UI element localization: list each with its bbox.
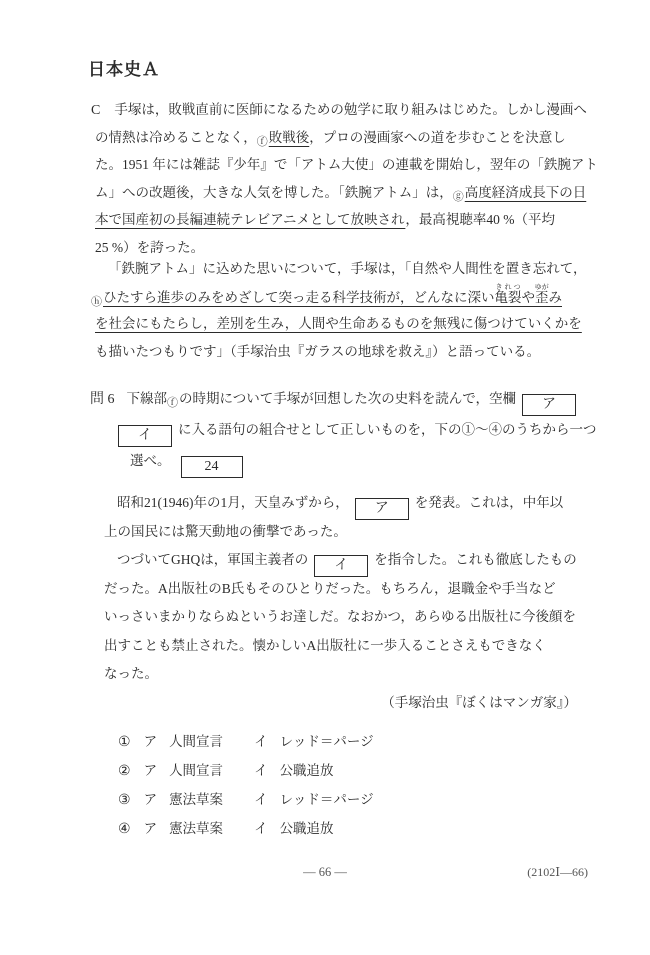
blank-box-i: イ xyxy=(118,425,172,447)
underline-g-text: 高度経済成長下の日 xyxy=(465,185,587,200)
page-title: 日本史Ａ xyxy=(88,55,160,80)
ruby-furigana: ゆが xyxy=(535,283,549,291)
circled-h-marker: ⓗ xyxy=(91,296,102,308)
choice-label-a: ア xyxy=(144,727,158,756)
source-quote: 昭和21(1946)年の1月，天皇みずから，アを発表。これは，中年以 上の国民に… xyxy=(104,489,562,717)
source-line: 上の国民には驚天動地の衝撃であった。 xyxy=(104,518,562,547)
text: や xyxy=(522,290,536,305)
text: いっさいまかりならぬというお達しだ。なおかつ，あらゆる出版社に今後顔を xyxy=(104,609,576,624)
source-line: だった。A出版社のB氏もそのひとりだった。もちろん，退職金や手当など xyxy=(104,575,562,604)
text: を指令した。これも徹底したもの xyxy=(374,552,577,567)
question-number: 問 6 xyxy=(90,384,115,415)
text: つづいてGHQは，軍国主義者の xyxy=(117,552,308,567)
text: も描いたつもりです」（手塚治虫『ガラスの地球を救え』）と語っている。 xyxy=(95,344,540,359)
choice-row: ③ア憲法草案イレッド＝パージ xyxy=(118,785,374,814)
choice-label-a: ア xyxy=(144,785,158,814)
blank-box-i: イ xyxy=(314,555,368,577)
choice-label-i: イ xyxy=(254,756,268,785)
choice-value-b: レッド＝パージ xyxy=(280,792,374,807)
circled-g-marker: ⓖ xyxy=(453,191,464,203)
footer-code: (2102Ⅰ—66) xyxy=(527,865,588,880)
choice-row: ①ア人間宣言イレッド＝パージ xyxy=(118,727,374,756)
ruby-yugami: 歪ゆが xyxy=(535,290,549,305)
choice-row: ④ア憲法草案イ公職追放 xyxy=(118,814,374,843)
ruby-kiretsu: 亀裂きれつ xyxy=(495,290,522,305)
text: 下線部 xyxy=(127,391,168,406)
choice-value-a: 憲法草案 xyxy=(169,785,254,814)
text: み xyxy=(549,290,563,305)
answer-choices: ①ア人間宣言イレッド＝パージ ②ア人間宣言イ公職追放 ③ア憲法草案イレッド＝パー… xyxy=(118,727,374,843)
text: ム」への改題後，大きな人気を博した。「鉄腕アトム」は， xyxy=(95,185,453,200)
text: ，プロの漫画家への道を歩むことを決意し xyxy=(309,130,566,145)
paragraph-c2-line: を社会にもたらし，差別を生み，人間や生命あるものを無残に傷つけていくかを xyxy=(95,310,586,338)
choice-value-a: 人間宣言 xyxy=(169,727,254,756)
underline-h-text: を社会にもたらし，差別を生み，人間や生命あるものを無残に傷つけていくかを xyxy=(95,316,582,331)
text: 手塚は，敗戦直前に医師になるための勉学に取り組みはじめた。しかし漫画へ xyxy=(114,102,587,117)
exam-page: 日本史Ａ C手塚は，敗戦直前に医師になるための勉学に取り組みはじめた。しかし漫画… xyxy=(0,0,650,955)
text: 上の国民には驚天動地の衝撃であった。 xyxy=(104,524,347,539)
choice-label-a: ア xyxy=(144,756,158,785)
question-6-line: イに入る語句の組合せとして正しいものを，下の①～④のうちから一つ xyxy=(90,414,597,445)
text: だった。A出版社のB氏もそのひとりだった。もちろん，退職金や手当など xyxy=(104,581,556,596)
source-line: 昭和21(1946)年の1月，天皇みずから，アを発表。これは，中年以 xyxy=(104,489,562,518)
ruby-base: 亀裂 xyxy=(495,290,522,305)
choice-value-a: 憲法草案 xyxy=(169,814,254,843)
circled-f-marker: ⓕ xyxy=(257,136,268,148)
underline-f-text: 敗戦後 xyxy=(269,130,310,145)
text: 選べ。 xyxy=(130,453,171,468)
ruby-base: 歪 xyxy=(535,290,549,305)
choice-value-b: 公職追放 xyxy=(280,821,334,836)
question-6-line: 選べ。24 xyxy=(90,445,597,476)
blank-box-a: ア xyxy=(522,394,576,416)
text: 昭和21(1946)年の1月，天皇みずから， xyxy=(117,495,349,510)
text: に入る語句の組合せとして正しいものを，下の①～④のうちから一つ xyxy=(178,422,597,437)
choice-number: ① xyxy=(118,728,131,757)
choice-label-i: イ xyxy=(254,785,268,814)
answer-number-box: 24 xyxy=(181,456,243,478)
paragraph-c2: 「鉄腕アトム」に込めた思いについて，手塚は，「自然や人間性を置き忘れて， ⓗひた… xyxy=(95,255,586,365)
circled-f-marker: ⓕ xyxy=(167,397,178,409)
choice-number: ② xyxy=(118,757,131,786)
choice-label-i: イ xyxy=(254,814,268,843)
choice-label-i: イ xyxy=(254,727,268,756)
underline-g-text: 本で国産初の長編連続テレビアニメとして放映され xyxy=(95,212,405,227)
source-line: 出すことも禁止された。懐かしいA出版社に一歩入ることさえもできなく xyxy=(104,632,562,661)
source-line: なった。 xyxy=(104,660,562,689)
choice-label-a: ア xyxy=(144,814,158,843)
paragraph-c-line: た。1951 年には雑誌『少年』で「アトム大使」の連載を開始し，翌年の「鉄腕アト xyxy=(95,151,598,179)
blank-box-a: ア xyxy=(355,498,409,520)
paragraph-c2-line: 「鉄腕アトム」に込めた思いについて，手塚は，「自然や人間性を置き忘れて， xyxy=(95,255,586,283)
choice-number: ④ xyxy=(118,815,131,844)
question-6-line: 問 6下線部ⓕの時期について手塚が回想した次の史料を読んで，空欄ア xyxy=(90,383,597,414)
paragraph-c-line: ム」への改題後，大きな人気を博した。「鉄腕アトム」は，ⓖ高度経済成長下の日 xyxy=(95,179,598,207)
text: の情熱は冷めることなく， xyxy=(95,130,257,145)
text: を発表。これは，中年以 xyxy=(415,495,564,510)
source-line: いっさいまかりならぬというお達しだ。なおかつ，あらゆる出版社に今後顔を xyxy=(104,603,562,632)
text: ひたすら進歩のみをめざして突っ走る科学技術が，どんなに深い xyxy=(103,290,495,305)
text: 出すことも禁止された。懐かしいA出版社に一歩入ることさえもできなく xyxy=(104,638,546,653)
source-citation: （手塚治虫『ぼくはマンガ家』） xyxy=(104,689,577,718)
underline-h-text: ひたすら進歩のみをめざして突っ走る科学技術が，どんなに深い亀裂きれつや歪ゆがみ xyxy=(103,290,562,305)
paragraph-c-line: C手塚は，敗戦直前に医師になるための勉学に取り組みはじめた。しかし漫画へ xyxy=(95,96,598,124)
choice-value-b: 公職追放 xyxy=(280,763,334,778)
paragraph-c-line: の情熱は冷めることなく，ⓕ敗戦後，プロの漫画家への道を歩むことを決意し xyxy=(95,124,598,152)
choice-value-b: レッド＝パージ xyxy=(280,734,374,749)
text: ，最高視聴率40 %（平均 xyxy=(405,212,555,227)
paragraph-c2-line: ⓗひたすら進歩のみをめざして突っ走る科学技術が，どんなに深い亀裂きれつや歪ゆがみ xyxy=(91,283,586,311)
question-6: 問 6下線部ⓕの時期について手塚が回想した次の史料を読んで，空欄ア イに入る語句… xyxy=(90,383,597,476)
text: の時期について手塚が回想した次の史料を読んで，空欄 xyxy=(179,391,516,406)
choice-number: ③ xyxy=(118,786,131,815)
text: なった。 xyxy=(104,666,158,681)
text: 25 %）を誇った。 xyxy=(95,240,204,255)
paragraph-c: C手塚は，敗戦直前に医師になるための勉学に取り組みはじめた。しかし漫画へ の情熱… xyxy=(95,96,598,261)
ruby-furigana: きれつ xyxy=(495,283,522,291)
paragraph-c2-line: も描いたつもりです」（手塚治虫『ガラスの地球を救え』）と語っている。 xyxy=(95,338,586,366)
choice-row: ②ア人間宣言イ公職追放 xyxy=(118,756,374,785)
source-line: つづいてGHQは，軍国主義者のイを指令した。これも徹底したもの xyxy=(104,546,562,575)
text: た。1951 年には雑誌『少年』で「アトム大使」の連載を開始し，翌年の「鉄腕アト xyxy=(95,157,598,172)
section-label-c: C xyxy=(91,97,100,125)
choice-value-a: 人間宣言 xyxy=(169,756,254,785)
paragraph-c-line: 本で国産初の長編連続テレビアニメとして放映され，最高視聴率40 %（平均 xyxy=(95,206,598,234)
text: 「鉄腕アトム」に込めた思いについて，手塚は，「自然や人間性を置き忘れて， xyxy=(108,261,586,276)
